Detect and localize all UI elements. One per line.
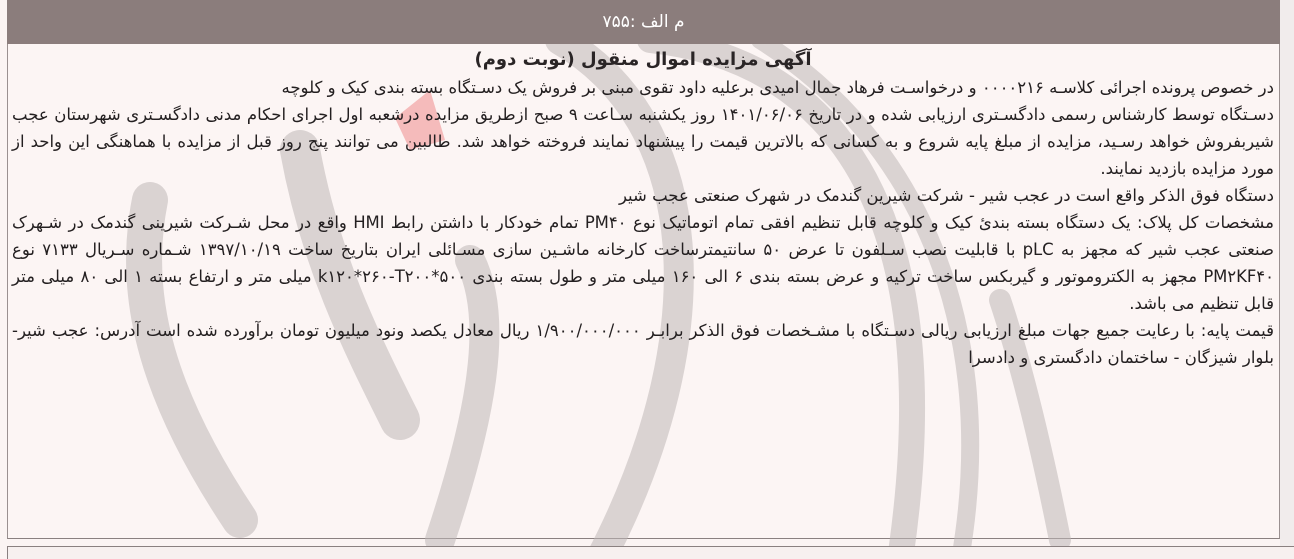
page-margin-strip — [1280, 0, 1294, 559]
notice-paragraph-auction-details: دسـتگاه توسط کارشناس رسمی دادگسـتری ارزی… — [12, 101, 1274, 182]
notice-paragraph-case: در خصوص پرونده اجرائی کلاسـه ۰۰۰۰۲۱۶ و د… — [12, 74, 1274, 101]
notice-paragraph-specifications: مشخصات کل پلاک: یک دستگاه بسته بندیٔ کیک… — [12, 209, 1274, 317]
notice-body: آگهی مزایده اموال منقول (نوبت دوم) در خص… — [12, 46, 1274, 371]
notice-code: م الف :۷۵۵ — [603, 12, 685, 32]
notice-paragraph-base-price-address: قیمت پایه: با رعایت جمیع جهات مبلغ ارزیا… — [12, 317, 1274, 371]
notice-paragraph-location: دستگاه فوق الذکر واقع است در عجب شیر - ش… — [12, 182, 1274, 209]
newspaper-page: م الف :۷۵۵ آگهی مزایده اموال منقول (نوبت… — [0, 0, 1294, 559]
notice-title: آگهی مزایده اموال منقول (نوبت دوم) — [12, 46, 1274, 74]
next-notice-border — [7, 546, 1294, 559]
notice-header-bar: م الف :۷۵۵ — [7, 0, 1280, 44]
